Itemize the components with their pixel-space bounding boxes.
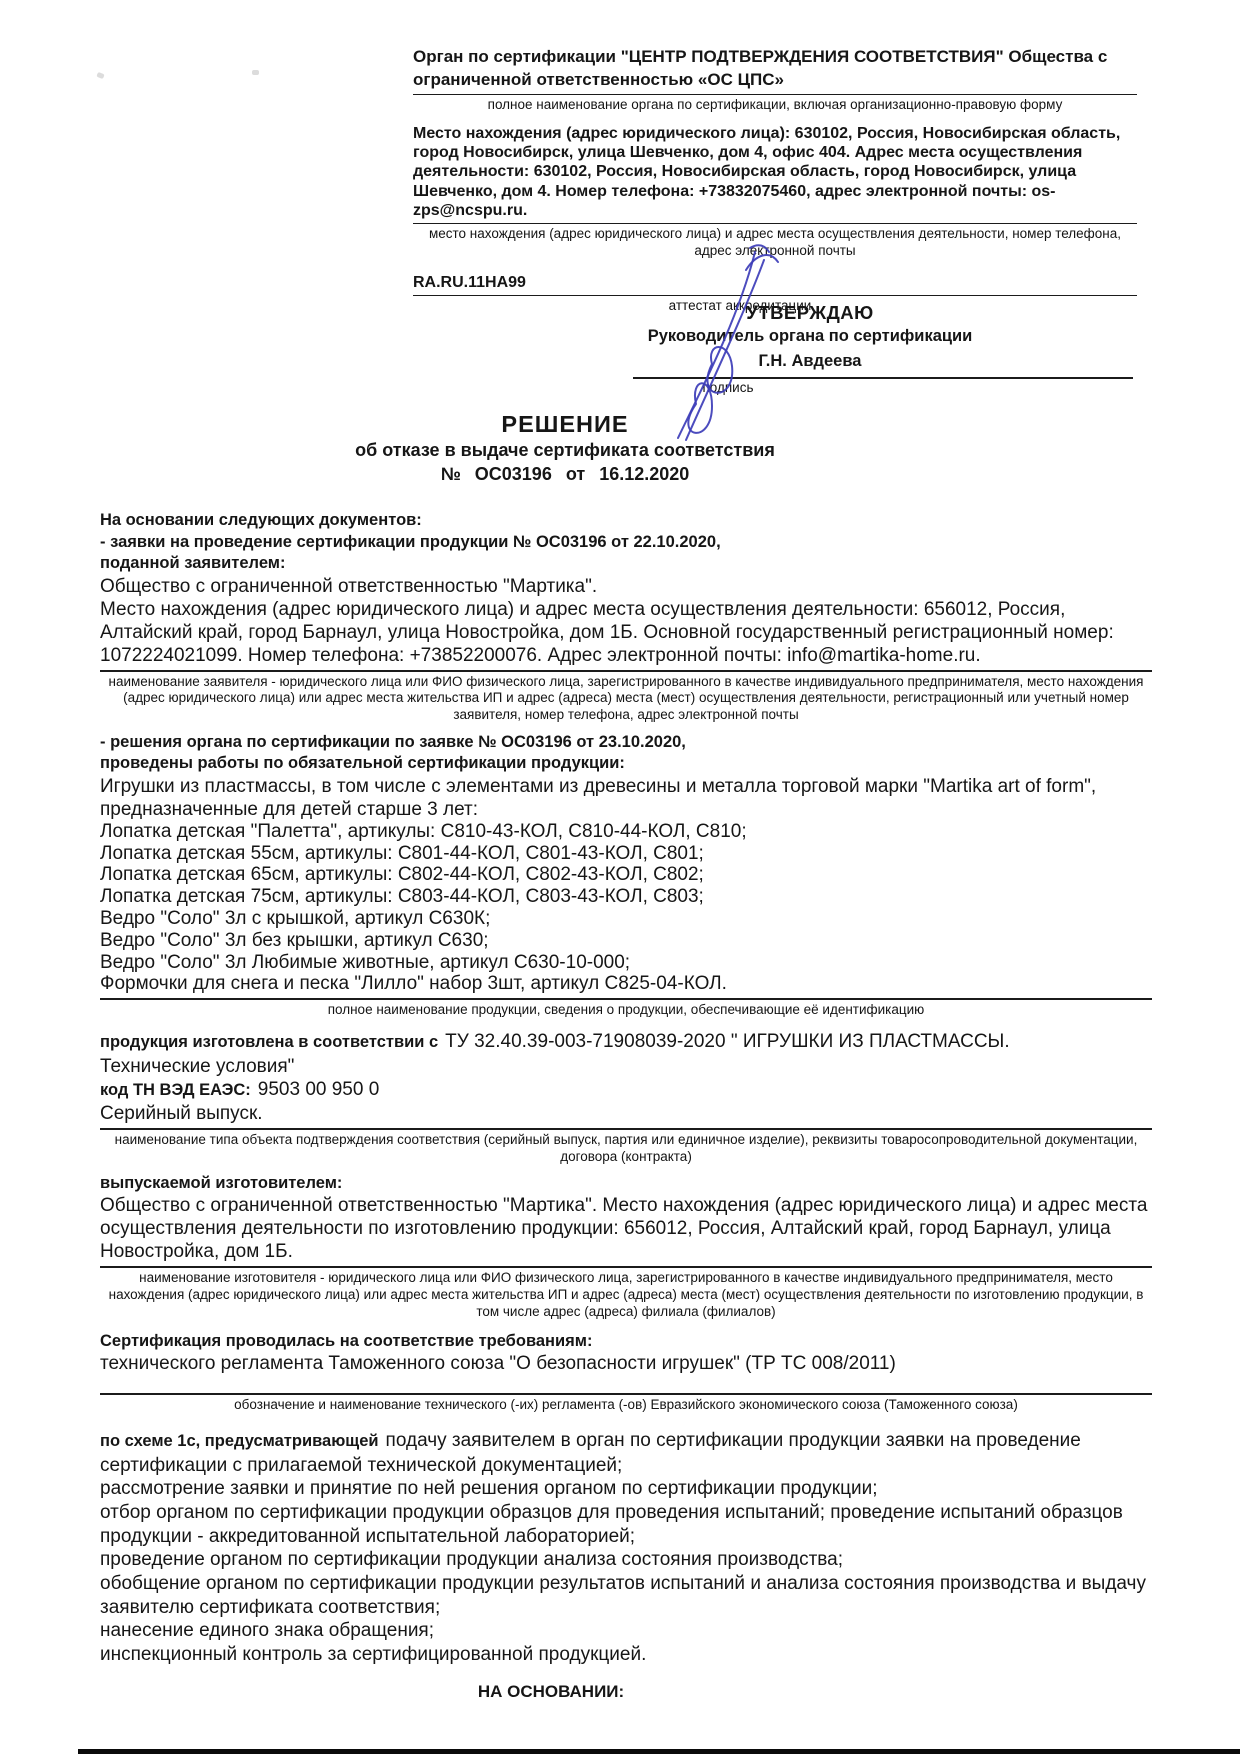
approver-name: Г.Н. Авдеева: [640, 351, 980, 372]
application-line: - заявки на проведение сертификации прод…: [100, 532, 1152, 554]
signature-line: [633, 377, 1133, 379]
applicant-details: Место нахождения (адрес юридического лиц…: [100, 598, 1152, 667]
document-subtitle: об отказе в выдаче сертификата соответст…: [0, 439, 1130, 462]
decision-line: - решения органа по сертификации по заяв…: [100, 732, 1152, 754]
made-according-label: продукция изготовлена в соответствии с: [100, 1033, 438, 1051]
document-number-line: № ОС03196 от 16.12.2020: [0, 463, 1130, 486]
tnved-line: код ТН ВЭД ЕАЭС:9503 00 950 0: [100, 1078, 1152, 1102]
accreditation-number: RA.RU.11НА99: [413, 273, 1137, 292]
tnved-label: код ТН ВЭД ЕАЭС:: [100, 1081, 251, 1099]
release-caption: наименование типа объекта подтверждения …: [100, 1132, 1152, 1166]
product-caption: полное наименование продукции, сведения …: [100, 1002, 1152, 1019]
divider-line: [413, 295, 1137, 296]
document-body: На основании следующих документов: - зая…: [100, 510, 1152, 1703]
tnved-value: 9503 00 950 0: [258, 1079, 380, 1100]
address-caption: место нахождения (адрес юридического лиц…: [413, 226, 1137, 260]
applicant-caption: наименование заявителя - юридического ли…: [100, 674, 1152, 724]
submitted-by-line: поданной заявителем:: [100, 553, 1152, 575]
on-basis-heading: НА ОСНОВАНИИ:: [100, 1681, 1152, 1703]
scheme-step: рассмотрение заявки и принятие по ней ре…: [100, 1477, 1152, 1501]
product-item: Лопатка детская 65см, артикулы: С802-44-…: [100, 864, 1152, 886]
product-item: Лопатка детская 55см, артикулы: С801-44-…: [100, 843, 1152, 865]
scheme-step: отбор органом по сертификации продукции …: [100, 1501, 1152, 1548]
signature-line-block: подпись: [633, 374, 1133, 397]
divider-line: [100, 1393, 1152, 1395]
requirements-heading: Сертификация проводилась на соответствие…: [100, 1331, 1152, 1353]
certification-body-name: Орган по сертификации "ЦЕНТР ПОДТВЕРЖДЕН…: [413, 46, 1137, 91]
product-item: Ведро "Соло" 3л без крышки, артикул С630…: [100, 930, 1152, 952]
document-page: Орган по сертификации "ЦЕНТР ПОДТВЕРЖДЕН…: [0, 0, 1240, 1754]
scheme-step: проведение органом по сертификации проду…: [100, 1548, 1152, 1572]
manufacturer-heading: выпускаемой изготовителем:: [100, 1173, 1152, 1195]
divider-line: [413, 223, 1137, 224]
divider-line: [100, 998, 1152, 1000]
approver-title: Руководитель органа по сертификации: [640, 326, 980, 347]
scheme-label: по схеме 1с, предусматривающей: [100, 1432, 379, 1450]
requirements-caption: обозначение и наименование технического …: [100, 1397, 1152, 1414]
product-item: Ведро "Соло" 3л Любимые животные, артику…: [100, 952, 1152, 974]
manufacturer-caption: наименование изготовителя - юридического…: [100, 1270, 1152, 1320]
approval-block: УТВЕРЖДАЮ Руководитель органа по сертифи…: [640, 302, 980, 372]
divider-line: [100, 1266, 1152, 1268]
divider-line: [100, 670, 1152, 672]
scheme-lead-line: по схеме 1с, предусматривающейподачу зая…: [100, 1429, 1120, 1477]
product-description: Игрушки из пластмассы, в том числе с эле…: [100, 775, 1152, 821]
approve-label: УТВЕРЖДАЮ: [640, 302, 980, 324]
manufacturer-details: Общество с ограниченной ответственностью…: [100, 1194, 1152, 1263]
product-item: Лопатка детская 75см, артикулы: С803-44-…: [100, 886, 1152, 908]
scan-edge-bar: [78, 1749, 1240, 1754]
made-according-value2: Технические условия": [100, 1055, 1152, 1078]
divider-line: [413, 94, 1137, 95]
scan-artifact: [252, 70, 259, 75]
product-item: Ведро "Соло" 3л с крышкой, артикул С630К…: [100, 908, 1152, 930]
signature-caption: подпись: [633, 380, 1133, 397]
certification-body-address: Место нахождения (адрес юридического лиц…: [413, 124, 1137, 220]
basis-heading: На основании следующих документов:: [100, 510, 1152, 532]
scheme-step: обобщение органом по сертификации продук…: [100, 1572, 1152, 1619]
org-name-caption: полное наименование органа по сертификац…: [413, 97, 1137, 114]
made-according-line: продукция изготовлена в соответствии сТУ…: [100, 1029, 1152, 1055]
document-title: РЕШЕНИЕ: [0, 410, 1130, 438]
product-item: Формочки для снега и песка "Лилло" набор…: [100, 973, 1152, 995]
scheme-step: инспекционный контроль за сертифицирован…: [100, 1643, 1152, 1667]
scheme-step: нанесение единого знака обращения;: [100, 1619, 1152, 1643]
divider-line: [100, 1128, 1152, 1130]
made-according-value: ТУ 32.40.39-003-71908039-2020 " ИГРУШКИ …: [445, 1031, 1010, 1052]
document-title-block: РЕШЕНИЕ об отказе в выдаче сертификата с…: [0, 410, 1130, 486]
scan-artifact: [96, 72, 104, 79]
applicant-name: Общество с ограниченной ответственностью…: [100, 575, 1152, 598]
works-line: проведены работы по обязательной сертифи…: [100, 753, 1152, 775]
requirements-regulation: технического регламента Таможенного союз…: [100, 1352, 1152, 1375]
release-type: Серийный выпуск.: [100, 1102, 1152, 1125]
certification-body-header: Орган по сертификации "ЦЕНТР ПОДТВЕРЖДЕН…: [413, 46, 1137, 315]
product-item: Лопатка детская "Палетта", артикулы: С81…: [100, 821, 1152, 843]
